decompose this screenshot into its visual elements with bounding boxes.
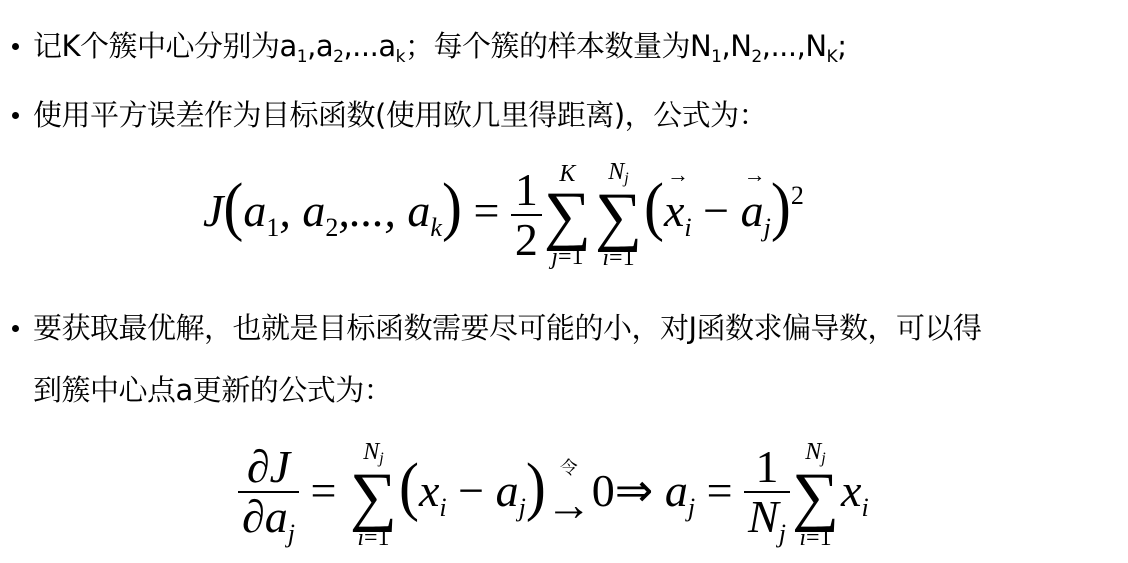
var-x: x (419, 465, 439, 516)
right-arrow-icon: → (546, 478, 592, 531)
subscript: k (430, 213, 442, 242)
fraction-inverse-n: 1Nj (744, 443, 790, 548)
sum-i: Nj∑i=1 (595, 160, 642, 270)
subscript: 1 (297, 47, 307, 67)
sum-lower-val: =1 (806, 525, 832, 551)
subscript: 1 (711, 47, 721, 67)
text: 要获取最优解，也就是目标函数需要尽可能的小，对J函数求偏导数，可以得 (33, 311, 982, 345)
formula-update: ∂J∂aj = Nj∑i=1(xi − aj)令→0⇒ aj = 1NjNj∑i… (238, 440, 869, 550)
text: ；每个簇的样本数量为N (405, 29, 711, 63)
formula-objective: J(a1, a2,..., ak) = 12K∑j=1Nj∑i=1(xi − a… (203, 160, 804, 270)
subscript: 2 (325, 213, 338, 242)
paren-close: ) (526, 448, 546, 524)
vector-x: x (664, 184, 684, 237)
denominator: 2 (511, 216, 542, 264)
equals: = (310, 465, 336, 516)
subscript: j (688, 493, 695, 522)
text: 记K个簇中心分别为a (33, 29, 297, 63)
text: ,...a (343, 29, 395, 63)
numerator: 1 (751, 443, 782, 491)
sigma-icon: ∑ (595, 187, 642, 246)
paren-open: ( (644, 168, 664, 244)
bullet-optimization-cont: 到簇中心点a更新的公式为： (33, 372, 392, 408)
sum-i: Nj∑i=1 (350, 440, 397, 550)
var-x: x (841, 465, 861, 516)
sigma-icon: ∑ (792, 467, 839, 526)
sum-lower-val: =1 (364, 525, 390, 551)
zero: 0 (592, 465, 615, 516)
sum-lower-var: i (357, 525, 364, 551)
text: 到簇中心点a更新的公式为： (33, 373, 392, 407)
partial-derivative: ∂J∂aj (238, 443, 299, 548)
arrow-with-label: 令→ (546, 460, 592, 531)
minus: − (703, 185, 729, 236)
var: , a (279, 185, 325, 236)
var: a (243, 185, 266, 236)
superscript: 2 (791, 181, 804, 210)
implies-arrow-icon: ⇒ (615, 465, 654, 516)
numerator: 1 (511, 166, 542, 214)
text: ,a (307, 29, 333, 63)
fraction-half: 12 (511, 166, 542, 265)
text: ,...,N (762, 29, 827, 63)
sum-lower-var: j (551, 244, 558, 270)
subscript: j (764, 213, 771, 242)
subscript: 2 (333, 47, 343, 67)
vector-a: a (741, 184, 764, 237)
subscript: k (396, 47, 405, 67)
denominator: N (748, 491, 779, 542)
arrow-label: 令 (560, 460, 578, 478)
subscript: i (861, 493, 868, 522)
sum-lower-val: =1 (558, 244, 584, 270)
subscript: j (519, 493, 526, 522)
subscript: j (779, 519, 786, 548)
bullet-dot-icon (12, 43, 19, 50)
var: ,..., a (338, 185, 430, 236)
subscript: K (827, 47, 838, 67)
numerator: ∂J (243, 443, 294, 491)
denominator: ∂a (242, 491, 288, 542)
var-a: a (665, 465, 688, 516)
bullet-objective-function: 使用平方误差作为目标函数(使用欧几里得距离)，公式为： (8, 97, 767, 133)
paren-close: ) (442, 168, 462, 244)
text: 使用平方误差作为目标函数(使用欧几里得距离)，公式为： (33, 98, 767, 132)
sigma-icon: ∑ (350, 467, 397, 526)
text: ,N (722, 29, 752, 63)
bullet-dot-icon (12, 325, 19, 332)
subscript: i (684, 213, 691, 242)
subscript: 2 (751, 47, 761, 67)
equals: = (707, 465, 733, 516)
bullet-dot-icon (12, 112, 19, 119)
paren-open: ( (399, 448, 419, 524)
subscript: 1 (266, 213, 279, 242)
minus: − (458, 465, 484, 516)
sum-i: Nj∑i=1 (792, 440, 839, 550)
equals: = (473, 185, 499, 236)
paren-open: ( (223, 168, 243, 244)
func-name: J (203, 185, 223, 236)
subscript: j (288, 519, 295, 548)
paren-close: ) (771, 168, 791, 244)
text: ; (837, 29, 846, 63)
sum-j: K∑j=1 (544, 162, 591, 269)
sigma-icon: ∑ (544, 186, 591, 245)
var-a: a (496, 465, 519, 516)
bullet-optimization: 要获取最优解，也就是目标函数需要尽可能的小，对J函数求偏导数，可以得 (8, 310, 982, 346)
subscript: i (439, 493, 446, 522)
sum-lower-val: =1 (609, 245, 635, 271)
bullet-cluster-definition: 记K个簇中心分别为a1,a2,...ak；每个簇的样本数量为N1,N2,...,… (8, 28, 846, 64)
